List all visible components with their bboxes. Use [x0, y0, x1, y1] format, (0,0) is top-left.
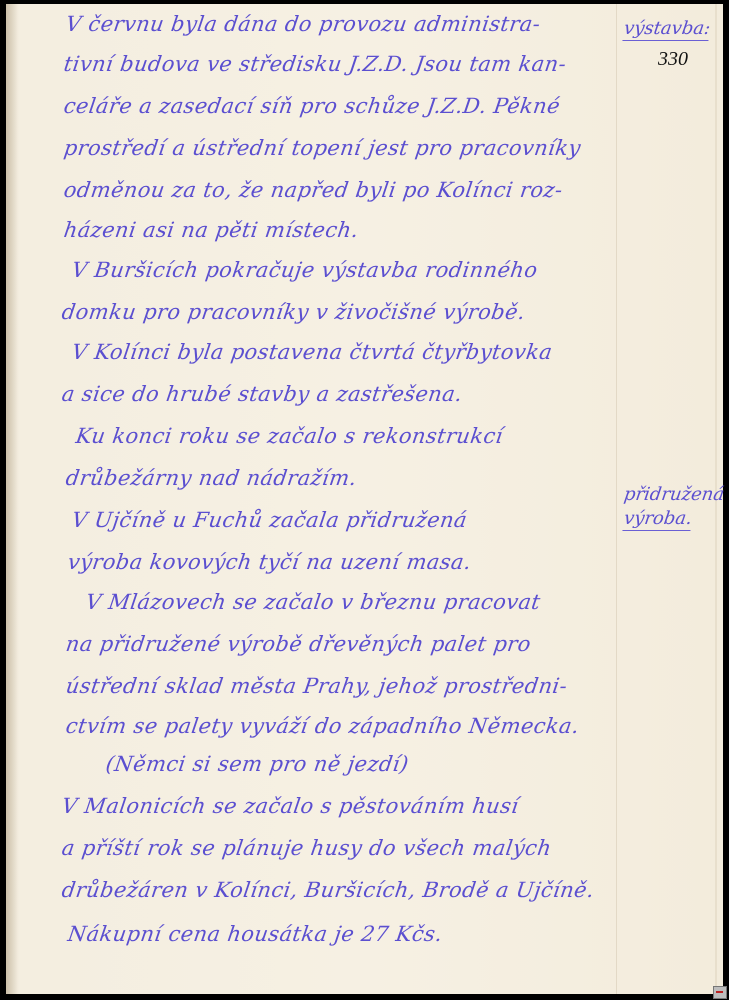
text-line-17: ústřední sklad města Prahy, jehož prostř…: [64, 674, 569, 698]
text-line-5: odměnou za to, že napřed byli po Kolínci…: [62, 178, 564, 202]
viewer-minimize-button[interactable]: [713, 986, 727, 999]
text-line-23: Nákupní cena housátka je 27 Kčs.: [66, 922, 444, 946]
text-line-6: házeni asi na pěti místech.: [62, 218, 360, 242]
text-line-10: a sice do hrubé stavby a zastřešena.: [60, 382, 464, 406]
text-line-12: drůbežárny nad nádražím.: [64, 466, 358, 490]
text-line-3: celáře a zasedací síň pro schůze J.Z.D. …: [62, 94, 561, 118]
text-line-14: výroba kovových tyčí na uzení masa.: [66, 550, 473, 574]
text-line-20: V Malonicích se začalo s pěstováním husí: [60, 794, 520, 818]
text-line-18: ctvím se palety vyváží do západního Něme…: [64, 714, 581, 738]
text-line-21: a příští rok se plánuje husy do všech ma…: [60, 836, 553, 860]
text-line-22: drůbežáren v Kolínci, Buršicích, Brodě a…: [60, 878, 596, 902]
margin-note-pridruzena: přidružená: [622, 484, 725, 506]
text-line-2: tivní budova ve středisku J.Z.D. Jsou ta…: [62, 52, 568, 76]
text-line-7: V Buršicích pokračuje výstavba rodinného: [70, 258, 539, 282]
text-line-11: Ku konci roku se začalo s rekonstrukcí: [74, 424, 504, 448]
scanned-chronicle-page: V červnu byla dána do provozu administra…: [6, 4, 723, 994]
text-line-9: V Kolínci byla postavena čtvrtá čtyřbyto…: [70, 340, 554, 364]
text-line-8: domku pro pracovníky v živočišné výrobě.: [60, 300, 527, 324]
text-line-19: (Němci si sem pro ně jezdí): [104, 752, 410, 776]
margin-note-vyroba: výroba.: [622, 508, 693, 531]
text-line-16: na přidružené výrobě dřevěných palet pro: [64, 632, 532, 656]
text-line-4: prostředí a ústřední topení jest pro pra…: [62, 136, 582, 160]
text-line-13: V Ujčíně u Fuchů začala přidružená: [70, 508, 468, 532]
minimize-icon: [716, 991, 723, 993]
margin-note-vystavba: výstavba:: [622, 18, 711, 41]
text-line-15: V Mlázovech se začalo v březnu pracovat: [84, 590, 542, 614]
page-number: 330: [658, 48, 688, 71]
binding-gutter-shadow: [6, 4, 18, 994]
text-line-1: V červnu byla dána do provozu administra…: [64, 12, 542, 36]
margin-rule: [616, 4, 617, 994]
